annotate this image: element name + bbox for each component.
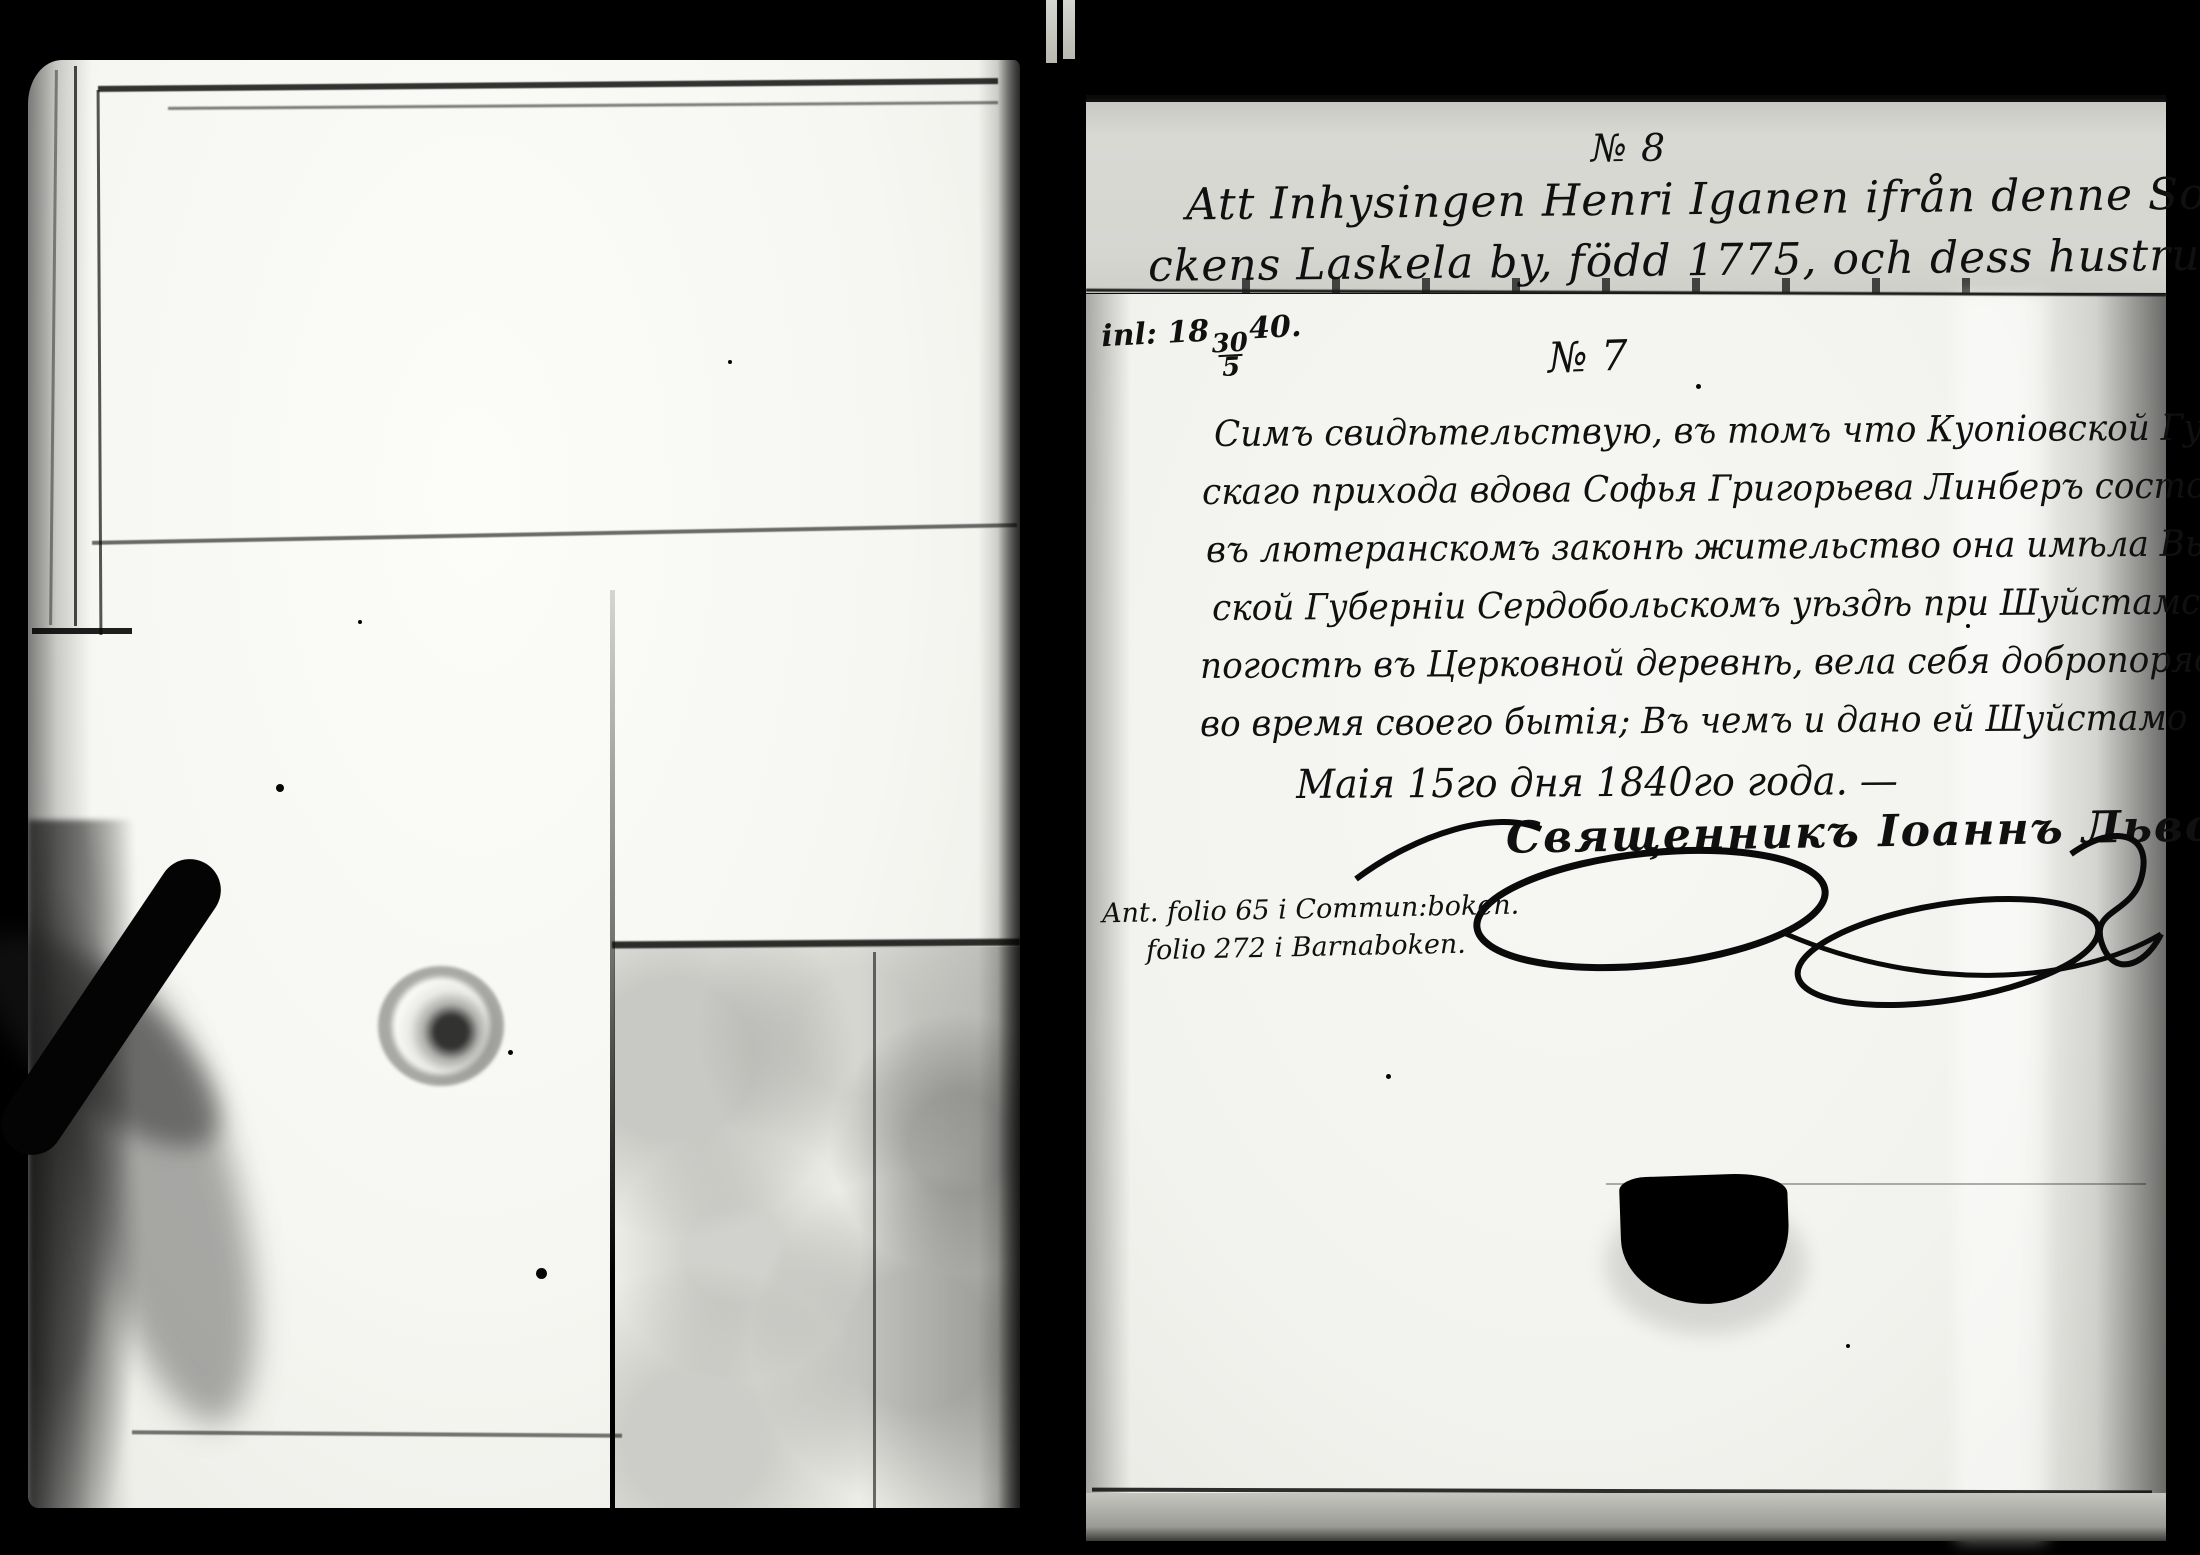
fold-line [97, 90, 103, 635]
stained-texture-area [614, 947, 1020, 1508]
fold-line [32, 628, 132, 634]
horizontal-fold-line [132, 1430, 622, 1437]
top-edge-crease [98, 78, 998, 92]
certificate-page: inl: 1830540. № 7 Симъ свидѣтельствую, в… [1086, 294, 2166, 1541]
vertical-fold-line [873, 952, 876, 1508]
ink-speck [536, 1268, 547, 1279]
fold-line [74, 66, 77, 626]
overlapping-note-slip: № 8 Att Inhysingen Henri Iganen ifrån de… [1086, 99, 2166, 293]
ink-speck [1386, 1074, 1391, 1079]
ink-speck [1846, 1344, 1850, 1348]
ink-speck [1966, 624, 1970, 628]
ink-speck [508, 1050, 513, 1055]
bookmark-tab [1046, 0, 1057, 63]
ink-speck [276, 784, 284, 792]
note-number: № 8 [1591, 126, 1667, 171]
signature-flourish [1086, 294, 2166, 1194]
ink-speck [1696, 384, 1701, 389]
swedish-note-line-1: Att Inhysingen Henri Iganen ifrån denne … [1186, 169, 2200, 231]
horizontal-fold-line [92, 523, 1017, 545]
top-edge-crease-2 [168, 101, 998, 110]
left-page [28, 60, 1020, 1508]
bottom-page-edge [1086, 1493, 2166, 1541]
bookmark-tab [1063, 0, 1075, 59]
right-page: № 8 Att Inhysingen Henri Iganen ifrån de… [1086, 95, 2166, 1541]
stain-smudge [128, 1438, 633, 1508]
archival-book-scan: № 8 Att Inhysingen Henri Iganen ifrån de… [0, 0, 2200, 1555]
ink-speck [728, 360, 732, 364]
ring-stain [378, 966, 504, 1086]
book-gutter-shadow [998, 0, 1098, 1555]
vertical-fold-line [610, 590, 615, 1508]
ink-speck [358, 620, 362, 624]
